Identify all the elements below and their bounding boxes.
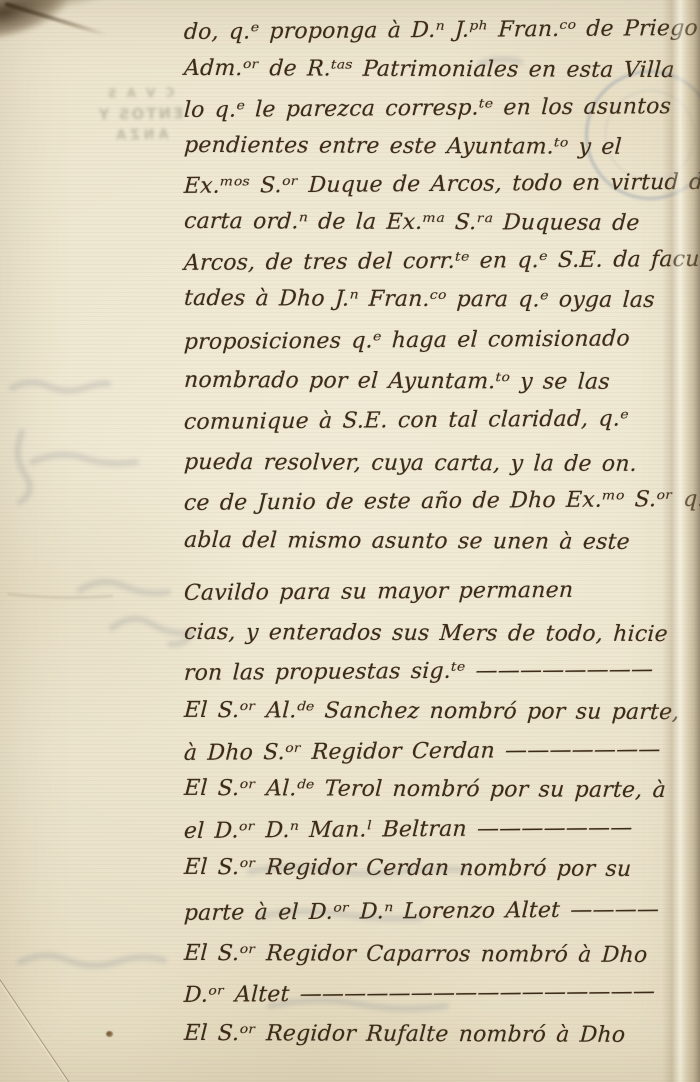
- page-edge: [662, 0, 700, 1082]
- handwritten-line: proposiciones q.ᵉ haga el comisionado: [183, 325, 676, 357]
- handwritten-line: pueda resolver, cuya carta, y la de on.: [183, 449, 676, 479]
- handwritten-line: pendientes entre este Ayuntam.ᵗᵒ y el: [183, 132, 676, 162]
- handwritten-line: Cavildo para su mayor permanen: [183, 576, 676, 608]
- handwritten-line: carta ord.ⁿ de la Ex.ᵐᵃ S.ʳᵃ Duquesa de: [183, 208, 676, 238]
- handwritten-line: ron las propuestas sig.ᵗᵉ ————————: [183, 656, 676, 688]
- handwritten-line: cias, y enterados sus Mers de todo, hici…: [183, 619, 676, 649]
- handwritten-line: El S.ᵒʳ Regidor Caparros nombró à Dho: [183, 940, 676, 970]
- handwritten-line: lo q.ᵉ le parezca corresp.ᵗᵉ en los asun…: [183, 93, 676, 125]
- handwritten-line: do, q.ᵉ proponga à D.ⁿ J.ᵖʰ Fran.ᶜᵒ de P…: [183, 14, 676, 47]
- handwritten-line: D.ᵒʳ Altet ————————————————: [183, 978, 676, 1010]
- handwritten-line: Arcos, de tres del corr.ᵗᵉ en q.ᵉ S.E. d…: [183, 246, 676, 278]
- handwritten-line: El S.ᵒʳ Al.ᵈᵉ Sanchez nombró por su part…: [183, 697, 676, 727]
- handwritten-line: nombrado por el Ayuntam.ᵗᵒ y se las: [183, 367, 676, 397]
- handwritten-line: abla del mismo asunto se unen à este: [183, 527, 676, 557]
- handwritten-line: à Dho S.ᵒʳ Regidor Cerdan ———————: [183, 736, 676, 768]
- handwritten-line: el D.ᵒʳ D.ⁿ Man.ˡ Beltran ———————: [183, 814, 676, 846]
- line-text: do, q.ᵉ proponga à D.ⁿ J.ᵖʰ Fran.ᶜᵒ de P…: [183, 16, 700, 45]
- handwritten-line: El S.ᵒʳ Regidor Rufalte nombró à Dho: [183, 1020, 676, 1050]
- handwritten-line: Adm.ᵒʳ de R.ᵗᵃˢ Patrimoniales en esta Vi…: [183, 55, 676, 85]
- handwritten-line: parte à el D.ᵒʳ D.ⁿ Lorenzo Altet ————: [183, 896, 676, 928]
- handwritten-line: comunique à S.E. con tal claridad, q.ᵉ: [183, 405, 676, 437]
- manuscript-page: C V A S ENTOS Y ANZA do, q.ᵉ proponga à …: [0, 0, 700, 1082]
- handwriting-layer: do, q.ᵉ proponga à D.ⁿ J.ᵖʰ Fran.ᶜᵒ de P…: [0, 0, 700, 1082]
- handwritten-line: El S.ᵒʳ Regidor Cerdan nombró por su: [183, 854, 676, 884]
- handwritten-line: ce de Junio de este año de Dho Ex.ᵐᵒ S.ᵒ…: [183, 486, 676, 518]
- handwritten-line: tades à Dho J.ⁿ Fran.ᶜᵒ para q.ᵉ oyga la…: [183, 285, 676, 315]
- handwritten-line: Ex.ᵐᵒˢ S.ᵒʳ Duque de Arcos, todo en virt…: [183, 169, 676, 201]
- handwritten-line: El S.ᵒʳ Al.ᵈᵉ Terol nombró por su parte,…: [183, 775, 676, 805]
